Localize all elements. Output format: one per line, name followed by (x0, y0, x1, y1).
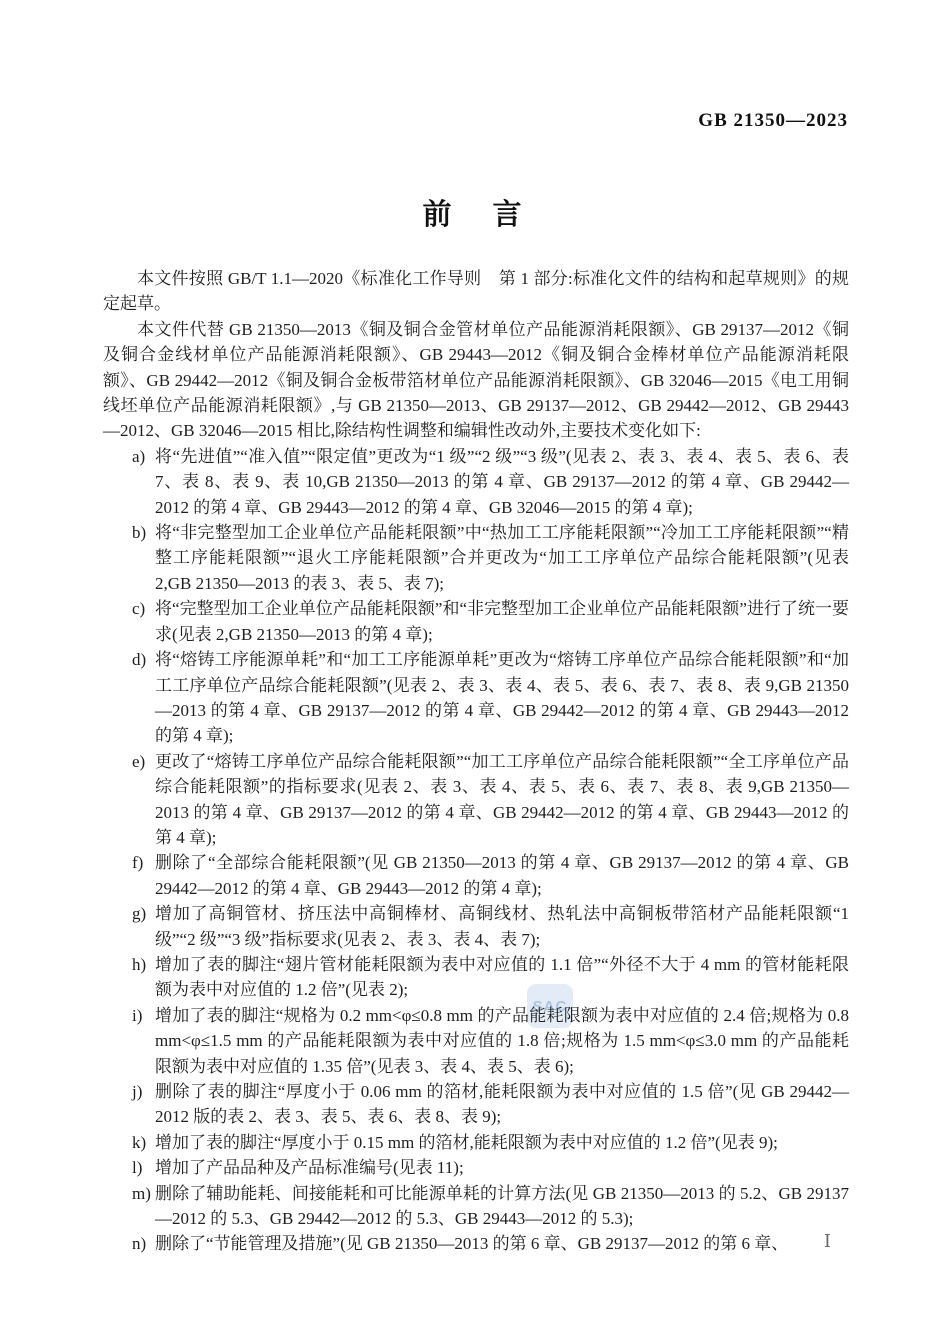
item-label: d) (132, 647, 146, 672)
item-text: 增加了表的脚注“规格为 0.2 mm<φ≤0.8 mm 的产品能耗限额为表中对应… (155, 1006, 849, 1076)
list-item-l: l) 增加了产品品种及产品标准编号(见表 11); (103, 1155, 849, 1180)
list-item-n: n) 删除了“节能管理及措施”(见 GB 21350—2013 的第 6 章、G… (103, 1231, 849, 1256)
item-text: 将“熔铸工序能源单耗”和“加工工序能源单耗”更改为“熔铸工序单位产品综合能耗限额… (155, 650, 849, 745)
item-text: 删除了“全部综合能耗限额”(见 GB 21350—2013 的第 4 章、GB … (155, 853, 849, 897)
item-label: g) (132, 901, 146, 926)
list-item-e: e) 更改了“熔铸工序单位产品综合能耗限额”“加工工序单位产品综合能耗限额”“全… (103, 749, 849, 851)
item-label: b) (132, 520, 146, 545)
item-text: 增加了高铜管材、挤压法中高铜棒材、高铜线材、热轧法中高铜板带箔材产品能耗限额“1… (155, 904, 849, 948)
list-item-k: k) 增加了表的脚注“厚度小于 0.15 mm 的箔材,能耗限额为表中对应值的 … (103, 1130, 849, 1155)
list-item-j: j) 删除了表的脚注“厚度小于 0.06 mm 的箔材,能耗限额为表中对应值的 … (103, 1079, 849, 1130)
item-text: 将“先进值”“准入值”“限定值”更改为“1 级”“2 级”“3 级”(见表 2、… (155, 447, 849, 517)
document-page: GB 21350—2023 前 言 SAC 本文件按照 GB/T 1.1—202… (0, 0, 950, 1344)
list-item-b: b) 将“非完整型加工企业单位产品能耗限额”中“热加工工序能耗限额”“冷加工工序… (103, 520, 849, 596)
list-item-h: h) 增加了表的脚注“翅片管材能耗限额为表中对应值的 1.1 倍”“外径不大于 … (103, 952, 849, 1003)
item-text: 增加了表的脚注“厚度小于 0.15 mm 的箔材,能耗限额为表中对应值的 1.2… (155, 1133, 778, 1152)
item-text: 更改了“熔铸工序单位产品综合能耗限额”“加工工序单位产品综合能耗限额”“全工序单… (155, 752, 849, 847)
item-text: 增加了表的脚注“翅片管材能耗限额为表中对应值的 1.1 倍”“外径不大于 4 m… (155, 955, 849, 999)
item-label: m) (132, 1181, 151, 1206)
list-item-m: m) 删除了辅助能耗、间接能耗和可比能源单耗的计算方法(见 GB 21350—2… (103, 1181, 849, 1232)
item-label: l) (132, 1155, 142, 1180)
item-label: c) (132, 596, 145, 621)
paragraph-drafting-rule: 本文件按照 GB/T 1.1—2020《标准化工作导则 第 1 部分:标准化文件… (103, 266, 849, 317)
item-label: a) (132, 444, 145, 469)
item-label: k) (132, 1130, 146, 1155)
doc-number: GB 21350—2023 (698, 110, 848, 132)
list-item-i: i) 增加了表的脚注“规格为 0.2 mm<φ≤0.8 mm 的产品能耗限额为表… (103, 1003, 849, 1079)
foreword-content: 本文件按照 GB/T 1.1—2020《标准化工作导则 第 1 部分:标准化文件… (103, 266, 849, 1257)
item-text: 将“非完整型加工企业单位产品能耗限额”中“热加工工序能耗限额”“冷加工工序能耗限… (155, 523, 849, 593)
item-text: 删除了辅助能耗、间接能耗和可比能源单耗的计算方法(见 GB 21350—2013… (155, 1184, 849, 1228)
item-text: 删除了“节能管理及措施”(见 GB 21350—2013 的第 6 章、GB 2… (155, 1234, 788, 1253)
item-label: i) (132, 1003, 142, 1028)
item-label: h) (132, 952, 146, 977)
item-text: 将“完整型加工企业单位产品能耗限额”和“非完整型加工企业单位产品能耗限额”进行了… (155, 599, 849, 643)
list-item-f: f) 删除了“全部综合能耗限额”(见 GB 21350—2013 的第 4 章、… (103, 850, 849, 901)
item-label: e) (132, 749, 145, 774)
paragraph-replaced-standards: 本文件代替 GB 21350—2013《铜及铜合金管材单位产品能源消耗限额》、G… (103, 317, 849, 444)
item-label: f) (132, 850, 143, 875)
item-label: n) (132, 1231, 146, 1256)
change-list: a) 将“先进值”“准入值”“限定值”更改为“1 级”“2 级”“3 级”(见表… (103, 444, 849, 1257)
list-item-a: a) 将“先进值”“准入值”“限定值”更改为“1 级”“2 级”“3 级”(见表… (103, 444, 849, 520)
foreword-title: 前 言 (0, 192, 950, 233)
item-text: 增加了产品品种及产品标准编号(见表 11); (155, 1158, 464, 1177)
list-item-g: g) 增加了高铜管材、挤压法中高铜棒材、高铜线材、热轧法中高铜板带箔材产品能耗限… (103, 901, 849, 952)
list-item-d: d) 将“熔铸工序能源单耗”和“加工工序能源单耗”更改为“熔铸工序单位产品综合能… (103, 647, 849, 749)
item-text: 删除了表的脚注“厚度小于 0.06 mm 的箔材,能耗限额为表中对应值的 1.5… (155, 1082, 849, 1126)
item-label: j) (132, 1079, 142, 1104)
list-item-c: c) 将“完整型加工企业单位产品能耗限额”和“非完整型加工企业单位产品能耗限额”… (103, 596, 849, 647)
